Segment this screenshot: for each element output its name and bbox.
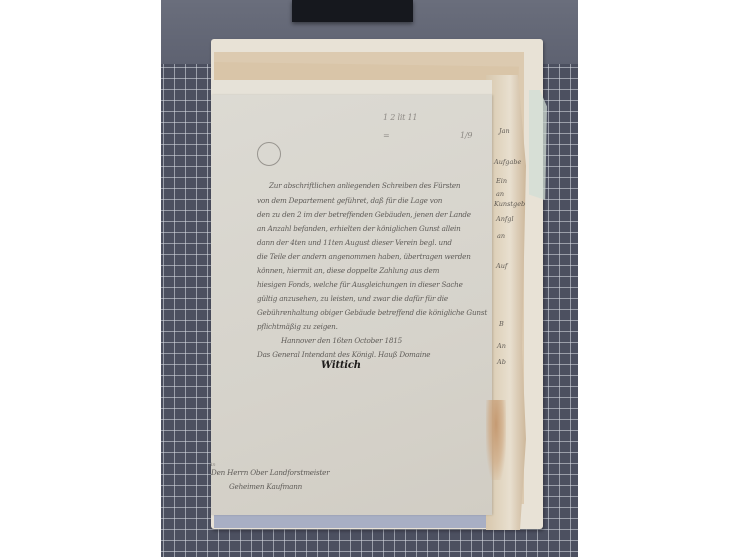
margin-note: Auf <box>496 262 507 270</box>
page-top-band <box>211 80 492 96</box>
closing-line: Das General Intendant des Königl. Hauß D… <box>257 350 430 359</box>
body-line: hiesigen Fonds, welche für Ausgleichunge… <box>257 280 463 289</box>
body-line: können, hiermit an, diese doppelte Zahlu… <box>257 266 439 275</box>
body-line: Zur abschriftlichen anliegenden Schreibe… <box>269 181 460 190</box>
letter-page <box>211 95 492 515</box>
dateline: Hannover den 16ten October 1815 <box>281 336 402 345</box>
document-photo: 1 2 lit 11 = 1/9 Zur abschriftlichen anl… <box>161 0 578 557</box>
margin-note: Ein <box>496 177 507 185</box>
margin-note: Aufgabe <box>494 158 521 166</box>
header-mark-right: 1/9 <box>460 131 472 140</box>
margin-note: Ab <box>497 358 506 366</box>
margin-note: B <box>499 320 504 328</box>
transparent-tab <box>529 90 547 200</box>
margin-note: An <box>497 342 506 350</box>
body-line: pflichtmäßig zu zeigen. <box>257 322 338 331</box>
margin-note: Kunstgeb <box>494 200 525 208</box>
body-line: Gebührenhaltung obiger Gebäude betreffen… <box>257 308 487 317</box>
body-line: die Teile der andern angenommen haben, ü… <box>257 252 471 261</box>
header-marks: 1 2 lit 11 <box>383 113 417 122</box>
addressee-line-2: Geheimen Kaufmann <box>229 482 302 491</box>
body-line: gültig anzusehen, zu leisten, und zwar d… <box>257 294 448 303</box>
margin-note: Jan <box>499 127 510 135</box>
margin-note: Anfgl <box>496 215 514 223</box>
body-line: von dem Departement geführet, daß für di… <box>257 196 442 205</box>
water-stain <box>486 400 506 480</box>
addressee-line-1: Den Herrn Ober Landforstmeister <box>211 468 329 477</box>
header-mark-second: = <box>383 131 390 140</box>
weight-block <box>292 0 413 22</box>
body-line: an Anzahl befanden, erhielten der königl… <box>257 224 461 233</box>
margin-note: an <box>497 232 505 240</box>
ornamental-initial <box>257 142 281 166</box>
signature: Wittich <box>321 360 361 371</box>
body-line: den zu den 2 im der betreffenden Gebäude… <box>257 210 471 219</box>
margin-note: an <box>496 190 504 198</box>
body-line: dann der 4ten und 11ten August dieser Ve… <box>257 238 452 247</box>
